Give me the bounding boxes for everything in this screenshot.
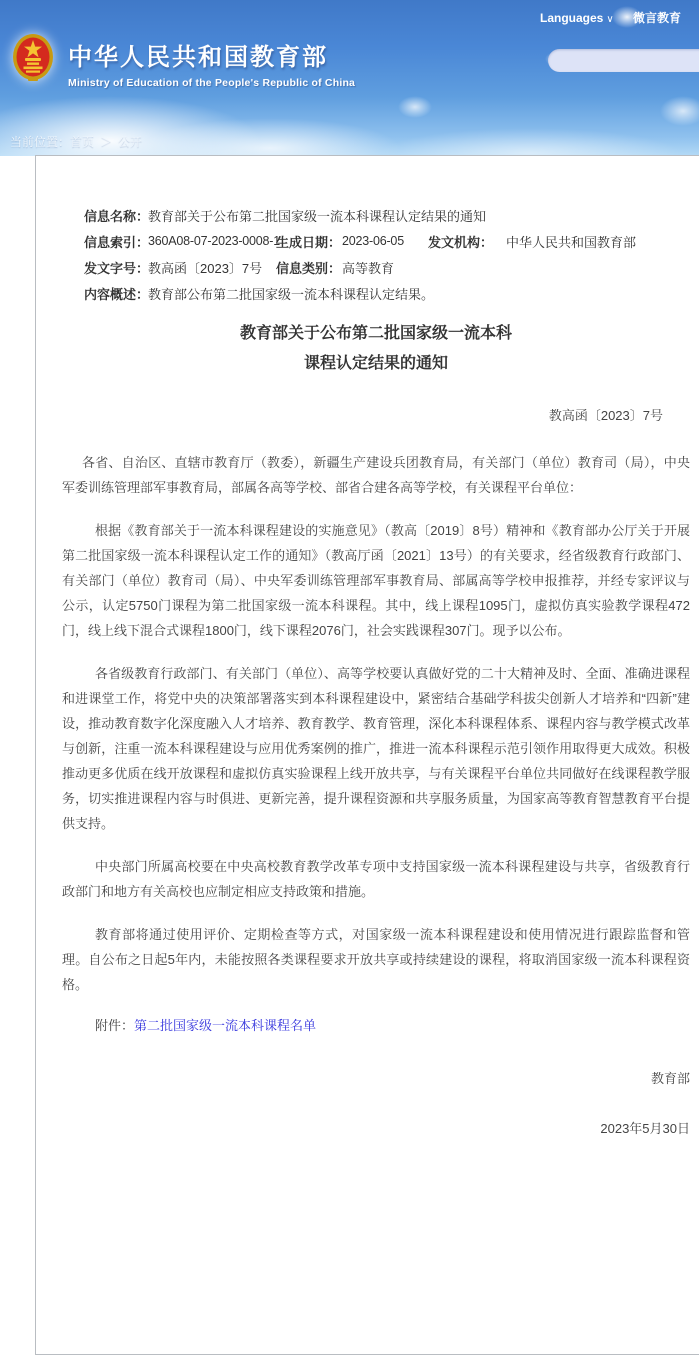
cloud-decoration bbox=[140, 118, 400, 156]
meta-name-label: 信息名称： bbox=[84, 206, 148, 225]
document-title: 教育部关于公布第二批国家级一流本科 课程认定结果的通知 bbox=[62, 319, 690, 379]
meta-row-summary: 内容概述： 教育部公布第二批国家级一流本科课程认定结果。 bbox=[84, 280, 690, 306]
meta-docno-value: 教高函〔2023〕7号 bbox=[148, 258, 276, 277]
meta-docno-label: 发文字号： bbox=[84, 258, 148, 277]
search-input[interactable] bbox=[548, 49, 699, 72]
meta-org-value: 中华人民共和国教育部 bbox=[506, 232, 690, 251]
site-title-block: 中华人民共和国教育部 Ministry of Education of the … bbox=[68, 30, 355, 89]
meta-row-name: 信息名称： 教育部关于公布第二批国家级一流本科课程认定结果的通知 bbox=[84, 202, 690, 228]
meta-gendate-value: 2023-06-05 bbox=[342, 234, 428, 248]
meta-gendate-label: 生成日期： bbox=[276, 232, 342, 251]
document-signature: 教育部 bbox=[62, 1068, 690, 1087]
breadcrumb-home-link[interactable]: 首页 bbox=[70, 135, 94, 149]
national-emblem-logo bbox=[12, 30, 54, 86]
document-title-line1: 教育部关于公布第二批国家级一流本科 bbox=[240, 325, 512, 342]
languages-menu[interactable]: Languages∨ bbox=[540, 11, 614, 25]
attachment-label: 附件： bbox=[95, 1018, 134, 1033]
paragraph: 各省级教育行政部门、有关部门（单位）、高等学校要认真做好党的二十大精神及时、全面… bbox=[62, 661, 690, 836]
meta-index-label: 信息索引： bbox=[84, 232, 148, 251]
paragraph: 根据《教育部关于一流本科课程建设的实施意见》（教高〔2019〕8号）精神和《教育… bbox=[62, 518, 690, 643]
cloud-speck bbox=[660, 96, 699, 126]
attachment-line: 附件：第二批国家级一流本科课程名单 bbox=[62, 1015, 690, 1034]
meta-row-index: 信息索引： 360A08-07-2023-0008-1 生成日期： 2023-0… bbox=[84, 228, 690, 254]
languages-label: Languages bbox=[540, 11, 603, 25]
document-body: 各省、自治区、直辖市教育厅（教委），新疆生产建设兵团教育局，有关部门（单位）教育… bbox=[62, 450, 690, 997]
meta-name-value: 教育部关于公布第二批国家级一流本科课程认定结果的通知 bbox=[148, 206, 690, 225]
paragraph: 教育部将通过使用评价、定期检查等方式，对国家级一流本科课程建设和使用情况进行跟踪… bbox=[62, 922, 690, 997]
site-subtitle: Ministry of Education of the People's Re… bbox=[68, 77, 355, 89]
breadcrumb-label: 当前位置： bbox=[10, 135, 70, 149]
chevron-down-icon: ∨ bbox=[606, 14, 613, 25]
meta-summary-label: 内容概述： bbox=[84, 284, 148, 303]
attachment-link[interactable]: 第二批国家级一流本科课程名单 bbox=[134, 1018, 316, 1033]
cloud-speck bbox=[398, 96, 432, 118]
meta-summary-value: 教育部公布第二批国家级一流本科课程认定结果。 bbox=[148, 284, 690, 303]
meta-org-label: 发文机构： bbox=[428, 232, 506, 251]
document-title-line2: 课程认定结果的通知 bbox=[304, 355, 448, 372]
weiyan-education-link[interactable]: 微言教育 bbox=[633, 11, 681, 25]
meta-row-docno: 发文字号： 教高函〔2023〕7号 信息类别： 高等教育 bbox=[84, 254, 690, 280]
site-brand: 中华人民共和国教育部 Ministry of Education of the … bbox=[12, 30, 355, 89]
document-number: 教高函〔2023〕7号 bbox=[62, 405, 663, 424]
breadcrumb: 当前位置：首页＞公开 bbox=[10, 133, 142, 150]
paragraph: 中央部门所属高校要在中央高校教育教学改革专项中支持国家级一流本科课程建设与共享，… bbox=[62, 854, 690, 904]
document-metadata: 信息名称： 教育部关于公布第二批国家级一流本科课程认定结果的通知 信息索引： 3… bbox=[84, 202, 690, 306]
meta-type-label: 信息类别： bbox=[276, 258, 342, 277]
header-banner: Languages∨ 微言教育 无障碍浏览 中华人民共和国教育部 Ministr… bbox=[0, 0, 699, 156]
topbar: Languages∨ 微言教育 无障碍浏览 bbox=[540, 9, 699, 26]
site-title: 中华人民共和国教育部 bbox=[68, 37, 355, 72]
cloud-decoration bbox=[380, 128, 680, 156]
content-panel: 信息名称： 教育部关于公布第二批国家级一流本科课程认定结果的通知 信息索引： 3… bbox=[35, 155, 699, 1117]
paragraph-salutation: 各省、自治区、直辖市教育厅（教委），新疆生产建设兵团教育局，有关部门（单位）教育… bbox=[62, 450, 690, 500]
meta-type-value: 高等教育 bbox=[342, 258, 690, 277]
breadcrumb-current-link[interactable]: 公开 bbox=[118, 135, 142, 149]
meta-index-value: 360A08-07-2023-0008-1 bbox=[148, 234, 276, 248]
breadcrumb-separator: ＞ bbox=[100, 135, 112, 149]
